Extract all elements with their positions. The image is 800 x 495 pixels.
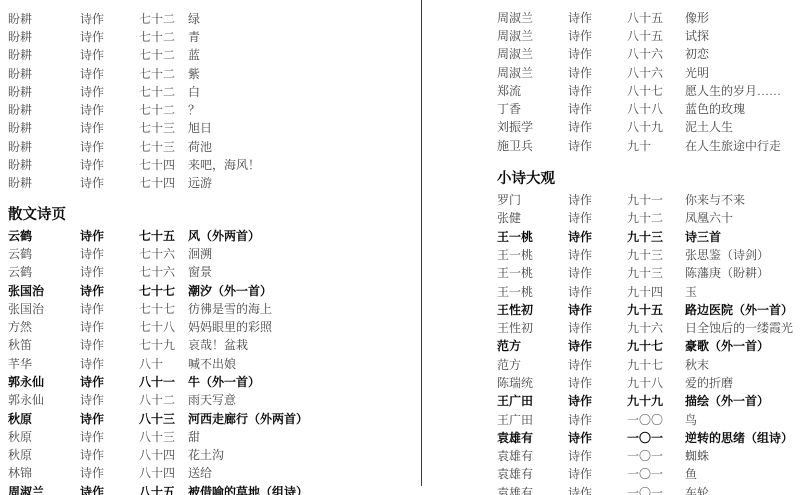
author-name: 张健 xyxy=(497,209,568,226)
poem-title: 被借喻的草地（组诗） xyxy=(188,483,414,495)
page-number: 七十二 xyxy=(139,65,188,82)
toc-row: 盼耕诗作七十四远游 xyxy=(8,174,414,192)
toc-row: 秋原诗作八十三甜 xyxy=(8,427,414,445)
author-name: 张国治 xyxy=(8,300,80,317)
poem-title: 洄溯 xyxy=(188,245,414,262)
toc-row: 罗门诗作九十一你来与不来 xyxy=(497,190,799,208)
work-type: 诗作 xyxy=(80,336,139,353)
author-name: 云鹤 xyxy=(8,227,80,244)
page-number: 八十六 xyxy=(627,45,685,62)
toc-row: 郑流诗作八十七愿人生的岁月…… xyxy=(497,81,799,99)
author-name: 周淑兰 xyxy=(497,45,568,62)
author-name: 袁雄有 xyxy=(497,447,568,464)
work-type: 诗作 xyxy=(80,46,139,63)
toc-row-group: 盼耕诗作七十二绿盼耕诗作七十二青盼耕诗作七十二蓝盼耕诗作七十二紫盼耕诗作七十二白… xyxy=(8,9,414,192)
page-number: 七十四 xyxy=(139,156,188,173)
page-number: 七十二 xyxy=(139,10,188,27)
work-type: 诗作 xyxy=(80,245,139,262)
author-name: 王广田 xyxy=(497,392,568,409)
work-type: 诗作 xyxy=(568,447,627,464)
toc-row: 云鹤诗作七十五风（外两首） xyxy=(8,226,414,244)
page-number: 七十二 xyxy=(139,28,188,45)
author-name: 袁雄有 xyxy=(497,429,568,446)
page-number: 八十四 xyxy=(139,446,188,463)
toc-row: 芊华诗作八十喊不出娘 xyxy=(8,354,414,372)
toc-row: 王一桃诗作九十三诗三首 xyxy=(497,227,799,245)
poem-title: 逆转的思绪（组诗） xyxy=(685,429,799,446)
page-number: 九十五 xyxy=(627,301,685,318)
work-type: 诗作 xyxy=(568,301,627,318)
page-number: 七十九 xyxy=(139,336,188,353)
page-number: 七十七 xyxy=(139,300,188,317)
toc-row: 秋笛诗作七十九哀哉！盆栽 xyxy=(8,336,414,354)
work-type: 诗作 xyxy=(80,138,139,155)
poem-title: 凤凰六十 xyxy=(685,209,799,226)
author-name: 施卫兵 xyxy=(497,137,568,154)
page-number: 七十四 xyxy=(139,174,188,191)
author-name: 盼耕 xyxy=(8,65,80,82)
page-number: 一〇一 xyxy=(627,465,685,482)
page-number: 一〇一 xyxy=(627,447,685,464)
page-number: 七十八 xyxy=(139,318,188,335)
page-number: 九十八 xyxy=(627,374,685,391)
poem-title: 雨天写意 xyxy=(188,391,414,408)
toc-row: 郭永仙诗作八十一牛（外一首） xyxy=(8,372,414,390)
poem-title: ？ xyxy=(188,101,414,118)
poem-title: 彷彿是雪的海上 xyxy=(188,300,414,317)
work-type: 诗作 xyxy=(80,174,139,191)
toc-row: 施卫兵诗作九十在人生旅途中行走 xyxy=(497,136,799,154)
toc-row-group: 罗门诗作九十一你来与不来张健诗作九十二凤凰六十王一桃诗作九十三诗三首王一桃诗作九… xyxy=(497,190,799,495)
toc-row: 王性初诗作九十六日全蚀后的一缕霞光 xyxy=(497,318,799,336)
page-number: 九十四 xyxy=(627,283,685,300)
section-header: 散文诗页 xyxy=(8,205,414,225)
poem-title: 爱的折磨 xyxy=(685,374,799,391)
page-number: 八十五 xyxy=(627,9,685,26)
poem-title: 青 xyxy=(188,28,414,45)
work-type: 诗作 xyxy=(568,356,627,373)
page-number: 七十二 xyxy=(139,46,188,63)
author-name: 盼耕 xyxy=(8,156,80,173)
page-number: 九十三 xyxy=(627,246,685,263)
page-number: 七十二 xyxy=(139,83,188,100)
poem-title: 妈妈眼里的彩照 xyxy=(188,318,414,335)
poem-title: 蓝色的玫瑰 xyxy=(685,100,799,117)
section-header: 小诗大观 xyxy=(497,169,799,189)
page-number: 八十五 xyxy=(139,483,188,495)
toc-row: 盼耕诗作七十二紫 xyxy=(8,64,414,82)
work-type: 诗作 xyxy=(568,191,627,208)
work-type: 诗作 xyxy=(568,264,627,281)
work-type: 诗作 xyxy=(80,373,139,390)
toc-row: 张国治诗作七十七潮汐（外一首） xyxy=(8,281,414,299)
poem-title: 来吧，海风！ xyxy=(188,156,414,173)
work-type: 诗作 xyxy=(80,156,139,173)
page-number: 八十三 xyxy=(139,428,188,445)
page-number: 八十二 xyxy=(139,391,188,408)
author-name: 云鹤 xyxy=(8,245,80,262)
work-type: 诗作 xyxy=(568,27,627,44)
author-name: 秋原 xyxy=(8,410,80,427)
page-number: 九十九 xyxy=(627,392,685,409)
poem-title: 张思鉴（诗剑） xyxy=(685,246,799,263)
toc-row: 张健诗作九十二凤凰六十 xyxy=(497,209,799,227)
toc-row: 盼耕诗作七十四来吧，海风！ xyxy=(8,155,414,173)
page-number: 九十七 xyxy=(627,337,685,354)
toc-row: 周淑兰诗作八十五试探 xyxy=(497,26,799,44)
poem-title: 日全蚀后的一缕霞光 xyxy=(685,319,799,336)
toc-row: 范方诗作九十七秋末 xyxy=(497,355,799,373)
work-type: 诗作 xyxy=(568,228,627,245)
poem-title: 泥土人生 xyxy=(685,118,799,135)
work-type: 诗作 xyxy=(80,391,139,408)
poem-title: 哀哉！盆栽 xyxy=(188,336,414,353)
page-number: 八十 xyxy=(139,355,188,372)
poem-title: 牛（外一首） xyxy=(188,373,414,390)
work-type: 诗作 xyxy=(568,392,627,409)
work-type: 诗作 xyxy=(568,337,627,354)
poem-title: 豪歌（外一首） xyxy=(685,337,799,354)
poem-title: 蓝 xyxy=(188,46,414,63)
author-name: 王一桃 xyxy=(497,283,568,300)
toc-column-right: 周淑兰诗作八十五像形周淑兰诗作八十五试探周淑兰诗作八十六初恋周淑兰诗作八十六光明… xyxy=(497,8,799,495)
author-name: 王一桃 xyxy=(497,246,568,263)
author-name: 刘振学 xyxy=(497,118,568,135)
work-type: 诗作 xyxy=(568,411,627,428)
toc-row: 王一桃诗作九十三张思鉴（诗剑） xyxy=(497,245,799,263)
work-type: 诗作 xyxy=(80,428,139,445)
author-name: 盼耕 xyxy=(8,119,80,136)
poem-title: 蜘蛛 xyxy=(685,447,799,464)
author-name: 范方 xyxy=(497,337,568,354)
poem-title: 喊不出娘 xyxy=(188,355,414,372)
poem-title: 描绘（外一首） xyxy=(685,392,799,409)
toc-row: 袁雄有诗作一〇一鱼 xyxy=(497,465,799,483)
poem-title: 紫 xyxy=(188,65,414,82)
work-type: 诗作 xyxy=(568,319,627,336)
author-name: 周淑兰 xyxy=(497,64,568,81)
toc-row: 王一桃诗作九十四玉 xyxy=(497,282,799,300)
page-number: 九十三 xyxy=(627,228,685,245)
author-name: 秋原 xyxy=(8,446,80,463)
author-name: 方然 xyxy=(8,318,80,335)
toc-row-group: 云鹤诗作七十五风（外两首）云鹤诗作七十六洄溯云鹤诗作七十六窗景张国治诗作七十七潮… xyxy=(8,226,414,495)
toc-row: 王一桃诗作九十三陈藩庚（盼耕） xyxy=(497,264,799,282)
work-type: 诗作 xyxy=(80,227,139,244)
toc-row: 盼耕诗作七十二白 xyxy=(8,82,414,100)
work-type: 诗作 xyxy=(80,318,139,335)
page-number: 九十二 xyxy=(627,209,685,226)
page-number: 八十五 xyxy=(627,27,685,44)
page-number: 八十八 xyxy=(627,100,685,117)
work-type: 诗作 xyxy=(568,283,627,300)
author-name: 张国治 xyxy=(8,282,80,299)
work-type: 诗作 xyxy=(80,263,139,280)
toc-page: 盼耕诗作七十二绿盼耕诗作七十二青盼耕诗作七十二蓝盼耕诗作七十二紫盼耕诗作七十二白… xyxy=(0,0,800,495)
author-name: 罗门 xyxy=(497,191,568,208)
toc-row: 王广田诗作九十九描绘（外一首） xyxy=(497,392,799,410)
author-name: 王广田 xyxy=(497,411,568,428)
author-name: 王性初 xyxy=(497,301,568,318)
author-name: 芊华 xyxy=(8,355,80,372)
toc-row: 王广田诗作一〇〇鸟 xyxy=(497,410,799,428)
author-name: 丁香 xyxy=(497,100,568,117)
author-name: 盼耕 xyxy=(8,83,80,100)
work-type: 诗作 xyxy=(568,100,627,117)
page-number: 七十二 xyxy=(139,101,188,118)
page-number: 七十五 xyxy=(139,227,188,244)
work-type: 诗作 xyxy=(568,429,627,446)
work-type: 诗作 xyxy=(80,355,139,372)
toc-row: 云鹤诗作七十六窗景 xyxy=(8,263,414,281)
toc-row: 盼耕诗作七十三旭日 xyxy=(8,119,414,137)
page-number: 八十一 xyxy=(139,373,188,390)
author-name: 陈瑞统 xyxy=(497,374,568,391)
toc-row-group: 周淑兰诗作八十五像形周淑兰诗作八十五试探周淑兰诗作八十六初恋周淑兰诗作八十六光明… xyxy=(497,8,799,154)
poem-title: 河西走廊行（外两首） xyxy=(188,410,414,427)
page-number: 八十四 xyxy=(139,464,188,481)
work-type: 诗作 xyxy=(80,483,139,495)
page-number: 八十六 xyxy=(627,64,685,81)
work-type: 诗作 xyxy=(80,10,139,27)
poem-title: 陈藩庚（盼耕） xyxy=(685,264,799,281)
poem-title: 远游 xyxy=(188,174,414,191)
page-number: 九十六 xyxy=(627,319,685,336)
author-name: 王一桃 xyxy=(497,264,568,281)
page-number: 九十一 xyxy=(627,191,685,208)
author-name: 范方 xyxy=(497,356,568,373)
toc-row: 郭永仙诗作八十二雨天写意 xyxy=(8,391,414,409)
author-name: 郑流 xyxy=(497,82,568,99)
work-type: 诗作 xyxy=(80,28,139,45)
poem-title: 鱼 xyxy=(685,465,799,482)
toc-row: 王性初诗作九十五路边医院（外一首） xyxy=(497,300,799,318)
work-type: 诗作 xyxy=(80,300,139,317)
work-type: 诗作 xyxy=(568,9,627,26)
work-type: 诗作 xyxy=(80,282,139,299)
page-number: 一〇一 xyxy=(627,484,685,495)
toc-row: 盼耕诗作七十二？ xyxy=(8,100,414,118)
author-name: 周淑兰 xyxy=(8,483,80,495)
work-type: 诗作 xyxy=(568,246,627,263)
author-name: 周淑兰 xyxy=(497,27,568,44)
page-number: 八十三 xyxy=(139,410,188,427)
work-type: 诗作 xyxy=(80,119,139,136)
work-type: 诗作 xyxy=(568,209,627,226)
work-type: 诗作 xyxy=(568,137,627,154)
page-number: 九十七 xyxy=(627,356,685,373)
toc-row: 林锦诗作八十四送给 xyxy=(8,464,414,482)
poem-title: 窗景 xyxy=(188,263,414,280)
author-name: 袁雄有 xyxy=(497,484,568,495)
work-type: 诗作 xyxy=(80,410,139,427)
poem-title: 像形 xyxy=(685,9,799,26)
poem-title: 潮汐（外一首） xyxy=(188,282,414,299)
author-name: 秋笛 xyxy=(8,336,80,353)
work-type: 诗作 xyxy=(568,82,627,99)
page-number: 七十三 xyxy=(139,119,188,136)
author-name: 盼耕 xyxy=(8,10,80,27)
author-name: 盼耕 xyxy=(8,46,80,63)
toc-row: 袁雄有诗作一〇一车轮 xyxy=(497,483,799,495)
toc-row: 范方诗作九十七豪歌（外一首） xyxy=(497,337,799,355)
poem-title: 送给 xyxy=(188,464,414,481)
work-type: 诗作 xyxy=(568,64,627,81)
poem-title: 秋末 xyxy=(685,356,799,373)
work-type: 诗作 xyxy=(80,83,139,100)
author-name: 王性初 xyxy=(497,319,568,336)
toc-row: 云鹤诗作七十六洄溯 xyxy=(8,244,414,262)
toc-row: 盼耕诗作七十二蓝 xyxy=(8,46,414,64)
work-type: 诗作 xyxy=(568,484,627,495)
work-type: 诗作 xyxy=(568,45,627,62)
author-name: 王一桃 xyxy=(497,228,568,245)
toc-row: 盼耕诗作七十三荷池 xyxy=(8,137,414,155)
toc-row: 周淑兰诗作八十六初恋 xyxy=(497,45,799,63)
page-number: 七十三 xyxy=(139,138,188,155)
page-number: 八十七 xyxy=(627,82,685,99)
poem-title: 甜 xyxy=(188,428,414,445)
toc-row: 陈瑞统诗作九十八爱的折磨 xyxy=(497,373,799,391)
author-name: 盼耕 xyxy=(8,174,80,191)
poem-title: 光明 xyxy=(685,64,799,81)
work-type: 诗作 xyxy=(80,446,139,463)
author-name: 盼耕 xyxy=(8,28,80,45)
poem-title: 白 xyxy=(188,83,414,100)
page-number: 七十七 xyxy=(139,282,188,299)
author-name: 秋原 xyxy=(8,428,80,445)
toc-row: 秋原诗作八十三河西走廊行（外两首） xyxy=(8,409,414,427)
author-name: 盼耕 xyxy=(8,138,80,155)
poem-title: 玉 xyxy=(685,283,799,300)
poem-title: 诗三首 xyxy=(685,228,799,245)
poem-title: 花土沟 xyxy=(188,446,414,463)
work-type: 诗作 xyxy=(80,101,139,118)
author-name: 林锦 xyxy=(8,464,80,481)
toc-row: 周淑兰诗作八十五像形 xyxy=(497,8,799,26)
poem-title: 你来与不来 xyxy=(685,191,799,208)
author-name: 郭永仙 xyxy=(8,373,80,390)
author-name: 盼耕 xyxy=(8,101,80,118)
poem-title: 愿人生的岁月…… xyxy=(685,82,799,99)
work-type: 诗作 xyxy=(568,374,627,391)
work-type: 诗作 xyxy=(568,118,627,135)
work-type: 诗作 xyxy=(80,464,139,481)
work-type: 诗作 xyxy=(80,65,139,82)
poem-title: 荷池 xyxy=(188,138,414,155)
poem-title: 路边医院（外一首） xyxy=(685,301,799,318)
toc-row: 方然诗作七十八妈妈眼里的彩照 xyxy=(8,317,414,335)
toc-row: 张国治诗作七十七彷彿是雪的海上 xyxy=(8,299,414,317)
toc-row: 周淑兰诗作八十五被借喻的草地（组诗） xyxy=(8,482,414,495)
page-number: 七十六 xyxy=(139,263,188,280)
author-name: 袁雄有 xyxy=(497,465,568,482)
poem-title: 试探 xyxy=(685,27,799,44)
poem-title: 绿 xyxy=(188,10,414,27)
poem-title: 鸟 xyxy=(685,411,799,428)
page-number: 九十三 xyxy=(627,264,685,281)
toc-row: 盼耕诗作七十二青 xyxy=(8,27,414,45)
poem-title: 初恋 xyxy=(685,45,799,62)
poem-title: 在人生旅途中行走 xyxy=(685,137,799,154)
page-number: 九十 xyxy=(627,137,685,154)
page-number: 一〇〇 xyxy=(627,411,685,428)
author-name: 郭永仙 xyxy=(8,391,80,408)
toc-row: 周淑兰诗作八十六光明 xyxy=(497,63,799,81)
toc-row: 丁香诗作八十八蓝色的玫瑰 xyxy=(497,99,799,117)
poem-title: 车轮 xyxy=(685,484,799,495)
page-number: 八十九 xyxy=(627,118,685,135)
column-divider xyxy=(421,0,422,486)
toc-row: 袁雄有诗作一〇一逆转的思绪（组诗） xyxy=(497,428,799,446)
toc-row: 刘振学诗作八十九泥土人生 xyxy=(497,118,799,136)
poem-title: 旭日 xyxy=(188,119,414,136)
poem-title: 风（外两首） xyxy=(188,227,414,244)
toc-row: 盼耕诗作七十二绿 xyxy=(8,9,414,27)
page-number: 一〇一 xyxy=(627,429,685,446)
work-type: 诗作 xyxy=(568,465,627,482)
author-name: 云鹤 xyxy=(8,263,80,280)
toc-row: 秋原诗作八十四花土沟 xyxy=(8,446,414,464)
toc-row: 袁雄有诗作一〇一蜘蛛 xyxy=(497,447,799,465)
toc-column-left: 盼耕诗作七十二绿盼耕诗作七十二青盼耕诗作七十二蓝盼耕诗作七十二紫盼耕诗作七十二白… xyxy=(8,9,414,495)
author-name: 周淑兰 xyxy=(497,9,568,26)
page-number: 七十六 xyxy=(139,245,188,262)
